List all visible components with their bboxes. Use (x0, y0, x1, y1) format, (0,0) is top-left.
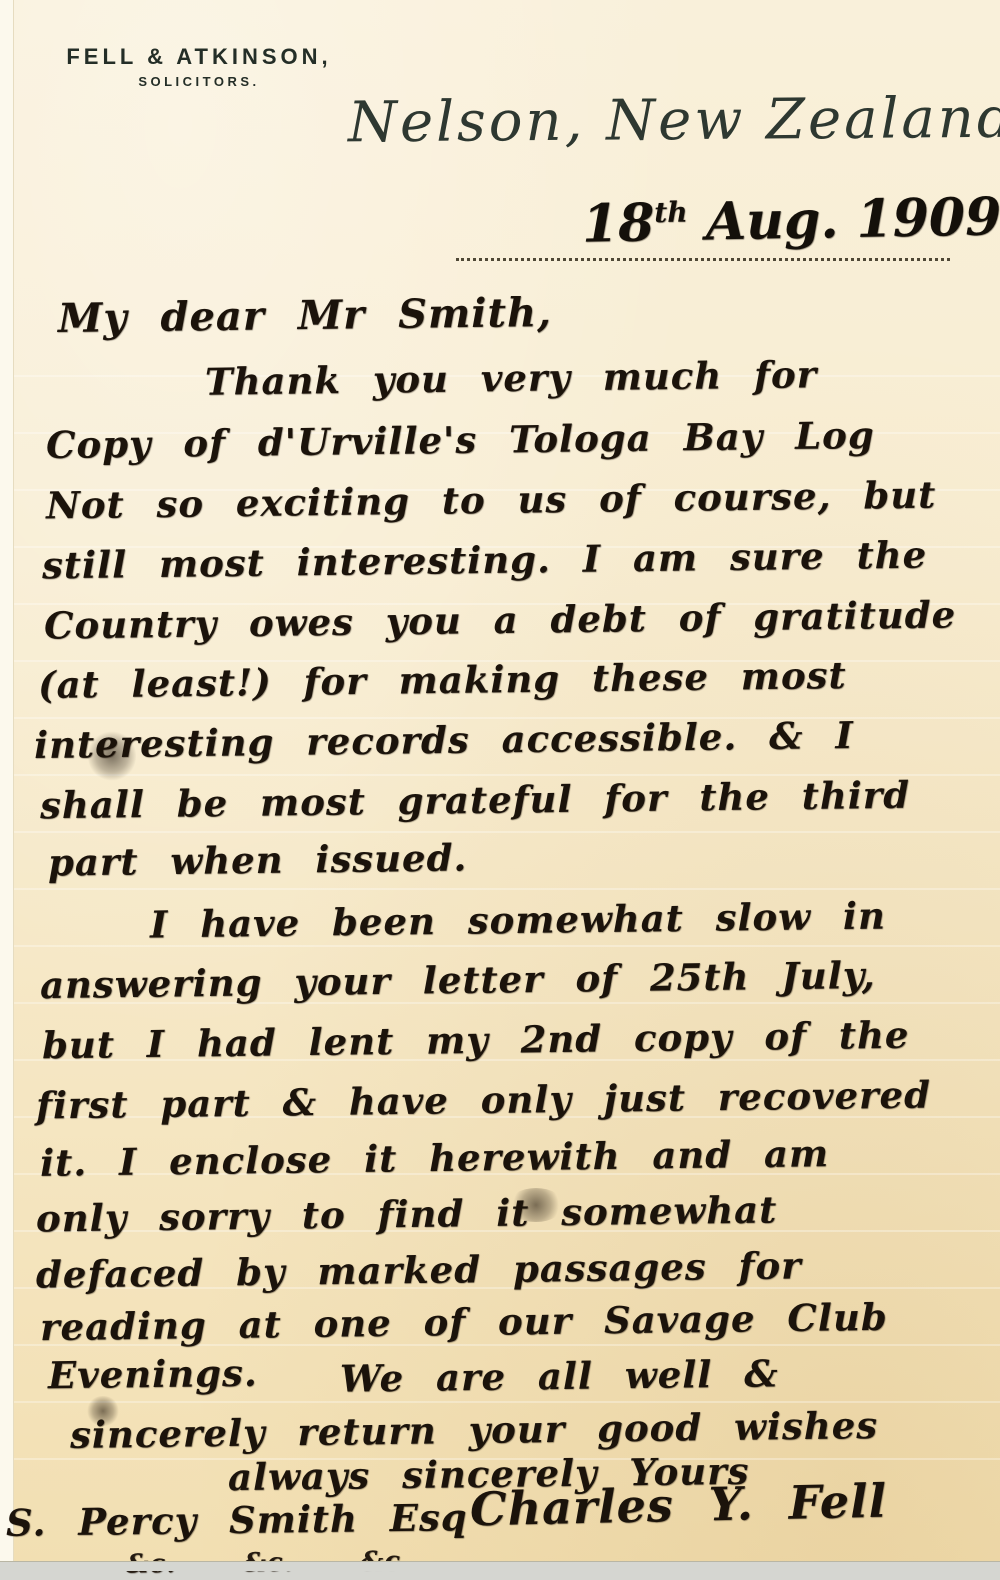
letterhead-firm: FELL & ATKINSON, (64, 44, 334, 70)
body-line: only sorry to find it somewhat (36, 1187, 778, 1240)
body-line: but I had lent my 2nd copy of the (42, 1013, 910, 1068)
body-line: still most interesting. I am sure the (42, 533, 928, 588)
body-line: Evenings. (48, 1351, 258, 1398)
date-day: 18 (581, 192, 654, 254)
handwritten-date: 18th Aug. 1909 (581, 186, 1000, 254)
body-line: it. I enclose it herewith and am (40, 1131, 830, 1185)
body-line: shall be most grateful for the third (40, 773, 911, 828)
body-line: part when issued. (48, 835, 468, 884)
body-line: reading at one of our Savage Club (40, 1295, 888, 1349)
letterhead-place: Nelson, New Zealand, (348, 86, 1000, 156)
salutation: My dear Mr Smith, (58, 289, 552, 342)
letterhead-subtitle: SOLICITORS. (64, 74, 334, 89)
body-line: Copy of d'Urville's Tologa Bay Log (46, 413, 875, 467)
body-line: sincerely return your good wishes (70, 1403, 879, 1457)
body-line: (at least!) for making these most (38, 653, 847, 707)
recipient-name: S. Percy Smith Esq (6, 1495, 468, 1545)
body-line: first part & have only just recovered (36, 1073, 931, 1128)
body-line: Country owes you a debt of gratitude (44, 592, 957, 647)
letter-paper: FELL & ATKINSON, SOLICITORS. Nelson, New… (0, 0, 1000, 1571)
body-line: Thank you very much for (205, 352, 818, 403)
body-line: defaced by marked passages for (36, 1243, 802, 1296)
body-line: I have been somewhat slow in (150, 894, 886, 947)
letter-scan: FELL & ATKINSON, SOLICITORS. Nelson, New… (0, 0, 1000, 1580)
body-line: answering your letter of 25th July, (40, 953, 876, 1007)
scan-bottom-edge (0, 1561, 1000, 1571)
body-line: Not so exciting to us of course, but (46, 473, 937, 528)
signature: Charles Y. Fell (469, 1474, 887, 1537)
date-rest: Aug. 1909 (687, 186, 1000, 252)
date-ordinal: th (654, 195, 688, 229)
body-line: interesting records accessible. & I (34, 713, 854, 767)
paper-left-edge (0, 0, 14, 1571)
body-line: We are all well & (340, 1351, 779, 1400)
